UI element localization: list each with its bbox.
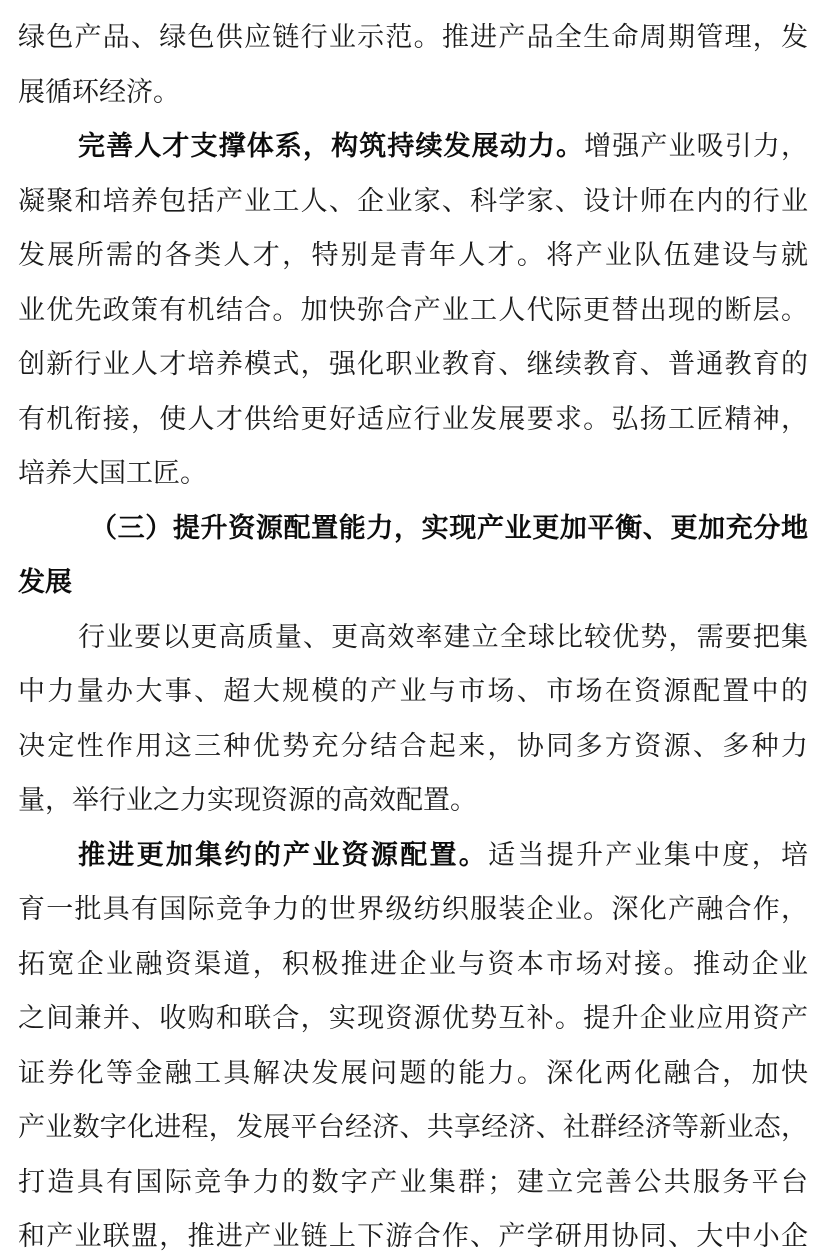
body-text: 量，举行业之力实现资源的高效配置。 — [18, 785, 477, 816]
body-text: 决定性作用这三种优势充分结合起来，协同多方资源、多种力 — [18, 731, 808, 762]
line-content: 展循环经济。 — [18, 66, 808, 121]
body-text: 适当提升产业集中度，培 — [488, 840, 808, 871]
text-line: 和产业联盟，推进产业链上下游合作、产学研用协同、大中小企 — [18, 1210, 808, 1258]
text-line: 育一批具有国际竞争力的世界级纺织服装企业。深化产融合作， — [18, 883, 808, 938]
line-content: 和产业联盟，推进产业链上下游合作、产学研用协同、大中小企 — [18, 1210, 808, 1258]
paragraph: 行业要以更高质量、更高效率建立全球比较优势，需要把集中力量办大事、超大规模的产业… — [18, 611, 808, 829]
text-line: 有机衔接，使人才供给更好适应行业发展要求。弘扬工匠精神， — [18, 393, 808, 448]
text-line: （三）提升资源配置能力，实现产业更加平衡、更加充分地 — [18, 502, 808, 557]
body-text: 有机衔接，使人才供给更好适应行业发展要求。弘扬工匠精神， — [18, 404, 808, 435]
lead-title-text: 完善人才支撑体系，构筑持续发展动力。 — [78, 131, 584, 162]
text-line: 之间兼并、收购和联合，实现资源优势互补。提升企业应用资产 — [18, 992, 808, 1047]
text-line: 完善人才支撑体系，构筑持续发展动力。增强产业吸引力， — [18, 120, 808, 175]
line-content: 打造具有国际竞争力的数字产业集群；建立完善公共服务平台 — [18, 1156, 808, 1211]
text-line: 打造具有国际竞争力的数字产业集群；建立完善公共服务平台 — [18, 1156, 808, 1211]
body-text: 绿色产品、绿色供应链行业示范。推进产品全生命周期管理，发 — [18, 22, 808, 53]
document-page: 绿色产品、绿色供应链行业示范。推进产品全生命周期管理，发展循环经济。完善人才支撑… — [18, 11, 808, 1258]
text-line: 发展所需的各类人才，特别是青年人才。将产业队伍建设与就 — [18, 229, 808, 284]
body-text: 打造具有国际竞争力的数字产业集群；建立完善公共服务平台 — [18, 1167, 808, 1198]
line-content: 证券化等金融工具解决发展问题的能力。深化两化融合，加快 — [18, 1047, 808, 1102]
paragraph: 完善人才支撑体系，构筑持续发展动力。增强产业吸引力，凝聚和培养包括产业工人、企业… — [18, 120, 808, 502]
line-content: （三）提升资源配置能力，实现产业更加平衡、更加充分地 — [90, 502, 808, 557]
body-text: 增强产业吸引力， — [584, 131, 808, 162]
lead-title-text: （三）提升资源配置能力，实现产业更加平衡、更加充分地 — [90, 513, 808, 544]
body-text: 发展所需的各类人才，特别是青年人才。将产业队伍建设与就 — [18, 240, 808, 271]
body-text: 中力量办大事、超大规模的产业与市场、市场在资源配置中的 — [18, 676, 808, 707]
section-heading: （三）提升资源配置能力，实现产业更加平衡、更加充分地发展 — [18, 502, 808, 611]
line-content: 完善人才支撑体系，构筑持续发展动力。增强产业吸引力， — [78, 120, 808, 175]
paragraph: 推进更加集约的产业资源配置。适当提升产业集中度，培育一批具有国际竞争力的世界级纺… — [18, 829, 808, 1258]
line-content: 有机衔接，使人才供给更好适应行业发展要求。弘扬工匠精神， — [18, 393, 808, 448]
text-line: 中力量办大事、超大规模的产业与市场、市场在资源配置中的 — [18, 665, 808, 720]
body-text: 凝聚和培养包括产业工人、企业家、科学家、设计师在内的行业 — [18, 186, 808, 217]
paragraph: 绿色产品、绿色供应链行业示范。推进产品全生命周期管理，发展循环经济。 — [18, 11, 808, 120]
text-line: 业优先政策有机结合。加快弥合产业工人代际更替出现的断层。 — [18, 284, 808, 339]
body-text: 拓宽企业融资渠道，积极推进企业与资本市场对接。推动企业 — [18, 949, 808, 980]
line-content: 创新行业人才培养模式，强化职业教育、继续教育、普通教育的 — [18, 338, 808, 393]
line-content: 育一批具有国际竞争力的世界级纺织服装企业。深化产融合作， — [18, 883, 808, 938]
text-line: 量，举行业之力实现资源的高效配置。 — [18, 774, 808, 829]
body-text: 证券化等金融工具解决发展问题的能力。深化两化融合，加快 — [18, 1058, 808, 1089]
line-content: 培养大国工匠。 — [18, 447, 808, 502]
line-content: 推进更加集约的产业资源配置。适当提升产业集中度，培 — [78, 829, 808, 884]
text-line: 展循环经济。 — [18, 66, 808, 121]
body-text: 之间兼并、收购和联合，实现资源优势互补。提升企业应用资产 — [18, 1003, 808, 1034]
lead-title-text: 推进更加集约的产业资源配置。 — [78, 840, 488, 871]
line-content: 决定性作用这三种优势充分结合起来，协同多方资源、多种力 — [18, 720, 808, 775]
text-line: 发展 — [18, 556, 808, 611]
line-content: 之间兼并、收购和联合，实现资源优势互补。提升企业应用资产 — [18, 992, 808, 1047]
line-content: 产业数字化进程，发展平台经济、共享经济、社群经济等新业态， — [18, 1101, 808, 1156]
text-line: 绿色产品、绿色供应链行业示范。推进产品全生命周期管理，发 — [18, 11, 808, 66]
text-line: 行业要以更高质量、更高效率建立全球比较优势，需要把集 — [18, 611, 808, 666]
text-line: 培养大国工匠。 — [18, 447, 808, 502]
line-content: 行业要以更高质量、更高效率建立全球比较优势，需要把集 — [78, 611, 808, 666]
body-text: 创新行业人才培养模式，强化职业教育、继续教育、普通教育的 — [18, 349, 808, 380]
body-text: 和产业联盟，推进产业链上下游合作、产学研用协同、大中小企 — [18, 1221, 808, 1252]
text-line: 凝聚和培养包括产业工人、企业家、科学家、设计师在内的行业 — [18, 175, 808, 230]
body-text: 产业数字化进程，发展平台经济、共享经济、社群经济等新业态， — [18, 1112, 808, 1143]
body-text: 培养大国工匠。 — [18, 458, 207, 489]
text-line: 推进更加集约的产业资源配置。适当提升产业集中度，培 — [18, 829, 808, 884]
line-content: 发展所需的各类人才，特别是青年人才。将产业队伍建设与就 — [18, 229, 808, 284]
body-text: 行业要以更高质量、更高效率建立全球比较优势，需要把集 — [78, 622, 808, 653]
text-line: 拓宽企业融资渠道，积极推进企业与资本市场对接。推动企业 — [18, 938, 808, 993]
text-line: 证券化等金融工具解决发展问题的能力。深化两化融合，加快 — [18, 1047, 808, 1102]
text-line: 决定性作用这三种优势充分结合起来，协同多方资源、多种力 — [18, 720, 808, 775]
text-line: 创新行业人才培养模式，强化职业教育、继续教育、普通教育的 — [18, 338, 808, 393]
line-content: 凝聚和培养包括产业工人、企业家、科学家、设计师在内的行业 — [18, 175, 808, 230]
line-content: 绿色产品、绿色供应链行业示范。推进产品全生命周期管理，发 — [18, 11, 808, 66]
lead-title-text: 发展 — [18, 567, 72, 598]
line-content: 量，举行业之力实现资源的高效配置。 — [18, 774, 808, 829]
line-content: 业优先政策有机结合。加快弥合产业工人代际更替出现的断层。 — [18, 284, 808, 339]
line-content: 中力量办大事、超大规模的产业与市场、市场在资源配置中的 — [18, 665, 808, 720]
line-content: 拓宽企业融资渠道，积极推进企业与资本市场对接。推动企业 — [18, 938, 808, 993]
body-text: 业优先政策有机结合。加快弥合产业工人代际更替出现的断层。 — [18, 295, 808, 326]
text-line: 产业数字化进程，发展平台经济、共享经济、社群经济等新业态， — [18, 1101, 808, 1156]
body-text: 展循环经济。 — [18, 77, 180, 108]
line-content: 发展 — [18, 556, 808, 611]
body-text: 育一批具有国际竞争力的世界级纺织服装企业。深化产融合作， — [18, 894, 808, 925]
